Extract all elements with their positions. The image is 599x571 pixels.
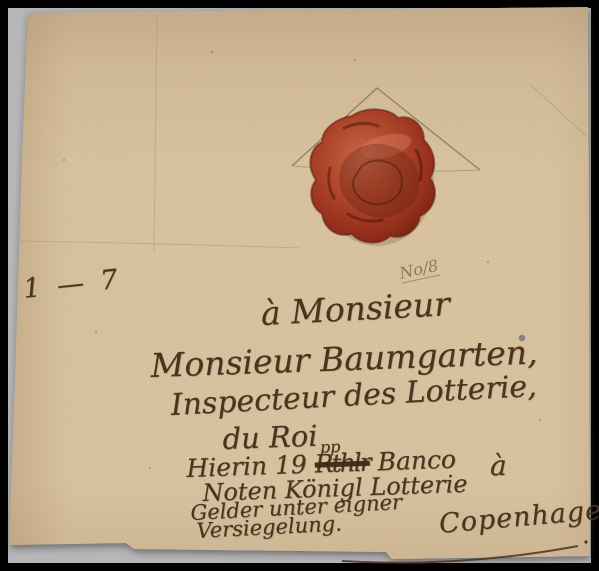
wax-seal — [310, 109, 435, 246]
photographed-postal-cover: 1 — 7 No/8 à Monsieur Monsieur Baumgarte… — [0, 0, 599, 571]
address-salutation: à Monsieur — [260, 287, 451, 330]
to-particle: à — [490, 452, 507, 480]
